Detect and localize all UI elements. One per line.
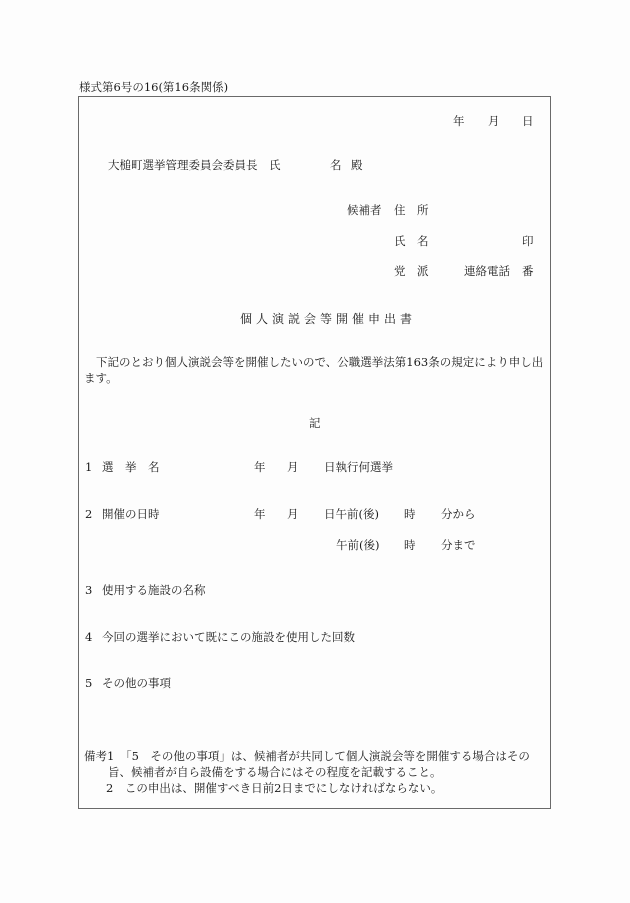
party-label: 党 派 [394,266,429,278]
item-3-label: 使用する施設の名称 [102,585,206,597]
form-number: 様式第6号の16(第16条関係) [79,82,228,94]
item-1-number: 1 [85,462,92,474]
item-5-number: 5 [85,678,92,690]
item-2-ampm-2: 午前(後) [336,540,379,552]
item-4-label: 今回の選挙において既にこの施設を使用した回数 [102,632,355,644]
name-label: 氏 名 [394,236,429,248]
item-2-hour: 時 [404,509,416,521]
item-5-label: その他の事項 [102,678,171,690]
phone-suffix: 番 [522,266,534,278]
remarks-line-3: 2 この申出は、開催すべき日前2日までにしなければならない。 [84,780,550,796]
remarks: 備考1 「5 その他の事項」は、候補者が共同して個人演説会等を開催する場合はその… [84,748,550,796]
item-2-label: 開催の日時 [102,509,160,521]
item-2-year: 年 [254,509,266,521]
date-month: 月 [488,116,500,128]
addressee-honorific: 殿 [351,160,363,172]
item-1-month: 月 [287,462,299,474]
body-text: 下記のとおり個人演説会等を開催したいので、公職選挙法第163条の規定により申し出… [84,354,548,386]
item-1-year: 年 [254,462,266,474]
ki-heading: 記 [309,418,321,430]
item-1-suffix: 日執行何選挙 [324,462,393,474]
remarks-line-2: 旨、候補者が自ら設備をする場合にはその程度を記載すること。 [84,764,550,780]
item-3-number: 3 [85,585,92,597]
date-year: 年 [453,116,465,128]
applicant-label: 候補者 [347,205,382,217]
item-1-label: 選 挙 名 [102,462,160,474]
item-4-number: 4 [85,632,92,644]
seal-mark: 印 [522,236,534,248]
item-2-from: 分から [441,509,476,521]
item-2-number: 2 [85,509,92,521]
addressee-name: 名 [330,160,342,172]
date-day: 日 [522,116,534,128]
phone-label: 連絡電話 [464,266,510,278]
form-frame [78,96,551,809]
item-2-day-ampm: 日午前(後) [324,509,379,521]
addressee-title: 大槌町選挙管理委員会委員長 氏 [108,160,281,172]
item-2-hour-2: 時 [404,540,416,552]
document-title: 個人演説会等開催申出書 [240,313,416,325]
item-2-until: 分まで [441,540,476,552]
remarks-line-1: 備考1 「5 その他の事項」は、候補者が共同して個人演説会等を開催する場合はその [84,748,550,764]
item-2-month: 月 [287,509,299,521]
address-label: 住 所 [394,205,429,217]
